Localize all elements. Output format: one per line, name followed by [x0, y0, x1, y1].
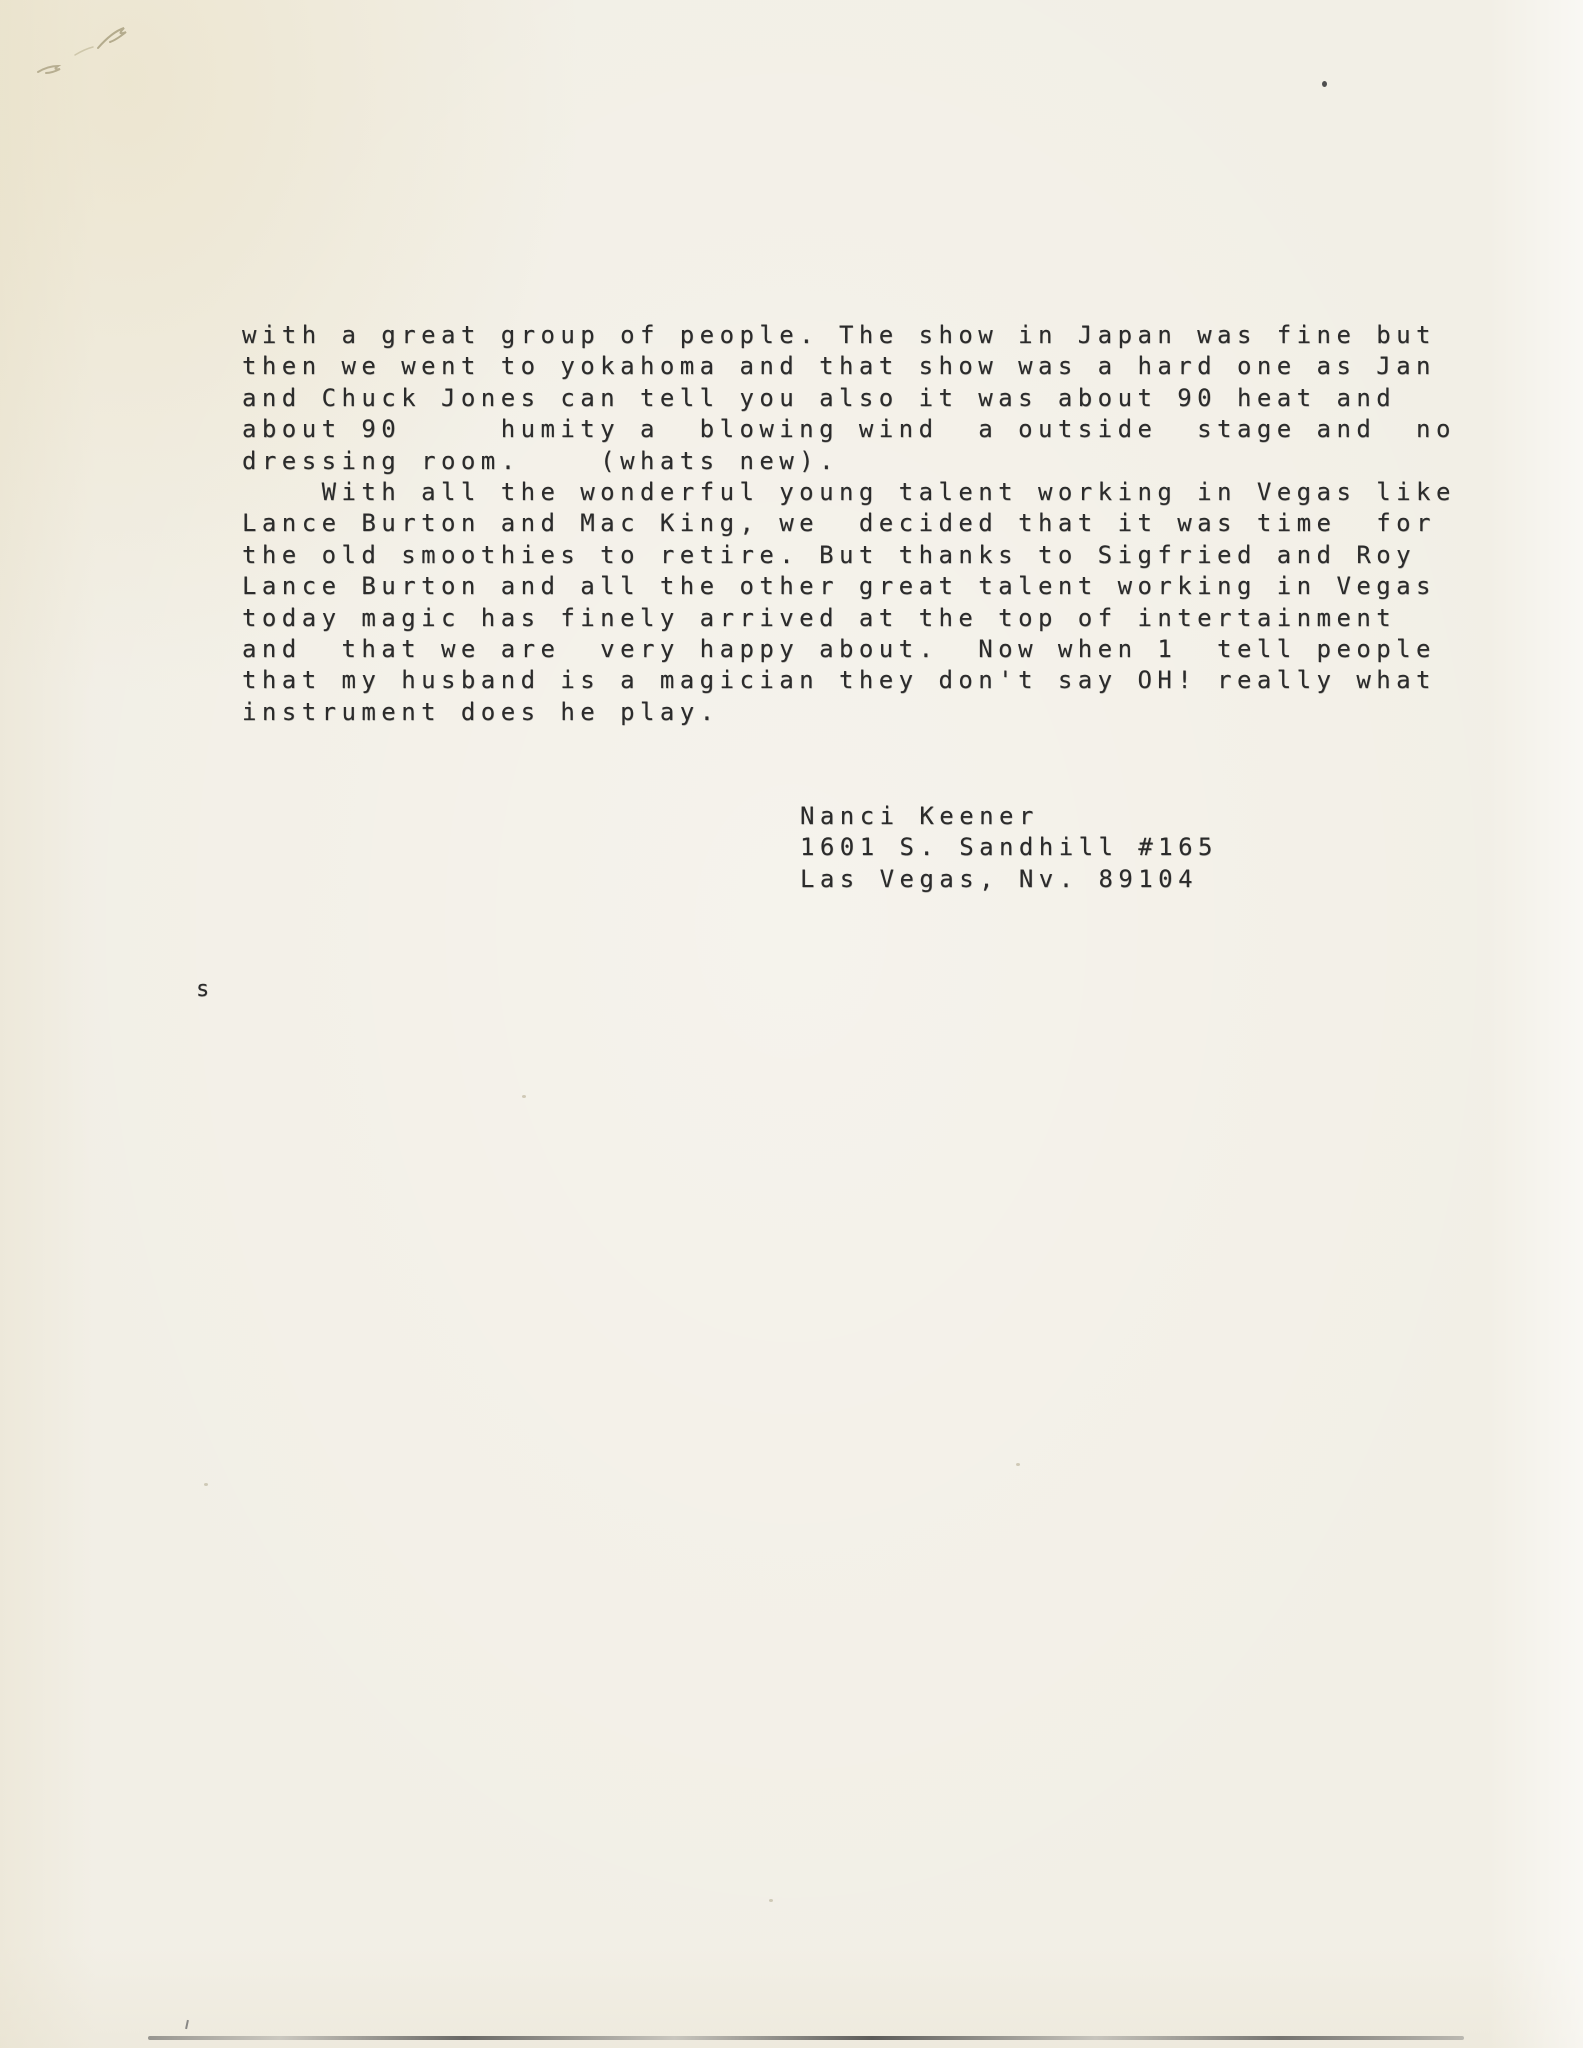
scanned-letter-page: { "document": { "kind_label": "typewritt…: [0, 0, 1583, 2048]
stray-typed-character: s: [196, 974, 215, 1005]
signature-address-block: Nanci Keener 1601 S. Sandhill #165 Las V…: [800, 801, 1218, 895]
letter-body-text: with a great group of people. The show i…: [242, 320, 1456, 728]
paper-speck: [204, 1483, 208, 1486]
paper-speck: [522, 1095, 526, 1098]
scan-edge-line: [148, 2036, 1464, 2040]
paper-speck: [1016, 1463, 1020, 1466]
ink-dot: [1322, 81, 1327, 87]
paper-speck: [769, 1899, 773, 1902]
paper-background: [0, 0, 1583, 2048]
pencil-scribble-marks: [20, 10, 240, 130]
